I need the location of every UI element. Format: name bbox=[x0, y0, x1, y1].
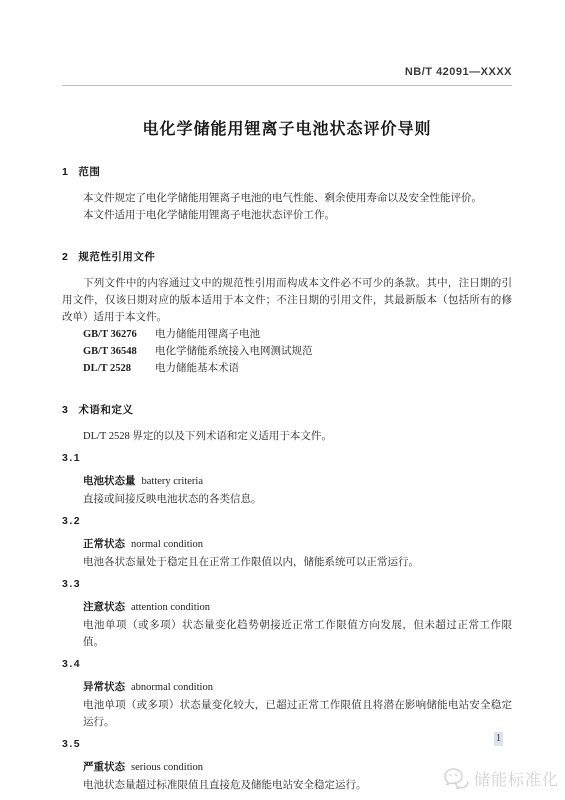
page-content: NB/T 42091—XXXX 电化学储能用锂离子电池状态评价导则 1范围 本文… bbox=[0, 0, 565, 794]
section-1-heading: 1范围 bbox=[62, 164, 512, 179]
section-2-intro: 下列文件中的内容通过文中的规范性引用而构成本文件必不可少的条款。其中，注日期的引… bbox=[62, 275, 512, 326]
document-title: 电化学储能用锂离子电池状态评价导则 bbox=[62, 116, 512, 139]
term-zh: 正常状态 bbox=[83, 538, 125, 550]
term-block-3-4: 3.4 异常状态abnormal condition 电池单项（或多项）状态量变… bbox=[62, 658, 512, 731]
section-1-paragraph: 本文件规定了电化学储能用锂离子电池的电气性能、剩余使用寿命以及安全性能评价。 bbox=[62, 190, 512, 207]
reference-code: GB/T 36548 bbox=[83, 343, 145, 360]
term-zh: 电池状态量 bbox=[83, 475, 136, 487]
term-block-3-1: 3.1 电池状态量battery criteria 直接或间接反映电池状态的各类… bbox=[62, 452, 512, 508]
reference-item: GB/T 36276电力储能用锂离子电池 bbox=[83, 326, 512, 343]
term-zh: 异常状态 bbox=[83, 681, 125, 693]
reference-code: GB/T 36276 bbox=[83, 326, 145, 343]
term-en: battery criteria bbox=[142, 476, 204, 487]
term-line: 电池状态量battery criteria bbox=[62, 474, 512, 489]
document-page: NB/T 42091—XXXX 电化学储能用锂离子电池状态评价导则 1范围 本文… bbox=[0, 0, 565, 800]
doc-code: NB/T 42091—XXXX bbox=[62, 66, 512, 78]
term-definition: 电池各状态量处于稳定且在正常工作限值以内，储能系统可以正常运行。 bbox=[62, 554, 512, 571]
clause-number: 3.3 bbox=[62, 578, 512, 590]
section-1-number: 1 bbox=[62, 166, 68, 178]
reference-title: 电化学储能系统接入电网测试规范 bbox=[155, 346, 313, 357]
watermark: 储能标准化 bbox=[443, 767, 559, 790]
clause-number: 3.4 bbox=[62, 658, 512, 670]
section-1-paragraph: 本文件适用于电化学储能用锂离子电池状态评价工作。 bbox=[62, 207, 512, 224]
term-block-3-3: 3.3 注意状态attention condition 电池单项（或多项）状态量… bbox=[62, 578, 512, 651]
reference-item: DL/T 2528电力储能基本术语 bbox=[83, 360, 512, 377]
term-definition: 电池单项（或多项）状态量变化趋势朝接近正常工作限值方向发展，但未超过正常工作限值… bbox=[62, 617, 512, 651]
term-line: 注意状态attention condition bbox=[62, 600, 512, 615]
term-en: serious condition bbox=[131, 762, 203, 773]
term-en: normal condition bbox=[131, 539, 203, 550]
section-1-title: 范围 bbox=[78, 166, 100, 178]
term-zh: 严重状态 bbox=[83, 761, 125, 773]
reference-title: 电力储能基本术语 bbox=[155, 363, 239, 374]
term-line: 异常状态abnormal condition bbox=[62, 680, 512, 695]
section-2-heading: 2规范性引用文件 bbox=[62, 249, 512, 264]
term-en: attention condition bbox=[131, 602, 210, 613]
reference-code: DL/T 2528 bbox=[83, 360, 145, 377]
watermark-text: 储能标准化 bbox=[474, 767, 559, 790]
header-rule bbox=[62, 85, 512, 86]
clause-number: 3.1 bbox=[62, 452, 512, 464]
term-definition: 电池单项（或多项）状态量变化较大，已超过正常工作限值且将潜在影响储能电站安全稳定… bbox=[62, 697, 512, 731]
section-3-title: 术语和定义 bbox=[78, 404, 133, 416]
section-3-heading: 3术语和定义 bbox=[62, 402, 512, 417]
term-line: 正常状态normal condition bbox=[62, 537, 512, 552]
section-3-intro: DL/T 2528 界定的以及下列术语和定义适用于本文件。 bbox=[62, 428, 512, 445]
page-number: 1 bbox=[494, 732, 503, 746]
section-2-title: 规范性引用文件 bbox=[78, 251, 155, 263]
section-2-number: 2 bbox=[62, 251, 68, 263]
reference-item: GB/T 36548电化学储能系统接入电网测试规范 bbox=[83, 343, 512, 360]
section-3-number: 3 bbox=[62, 404, 68, 416]
reference-list: GB/T 36276电力储能用锂离子电池 GB/T 36548电化学储能系统接入… bbox=[62, 326, 512, 377]
reference-title: 电力储能用锂离子电池 bbox=[155, 329, 260, 340]
clause-number: 3.5 bbox=[62, 738, 512, 750]
term-block-3-2: 3.2 正常状态normal condition 电池各状态量处于稳定且在正常工… bbox=[62, 515, 512, 571]
term-en: abnormal condition bbox=[131, 682, 213, 693]
term-zh: 注意状态 bbox=[83, 601, 125, 613]
wechat-icon bbox=[443, 768, 469, 789]
term-definition: 直接或间接反映电池状态的各类信息。 bbox=[62, 491, 512, 508]
clause-number: 3.2 bbox=[62, 515, 512, 527]
